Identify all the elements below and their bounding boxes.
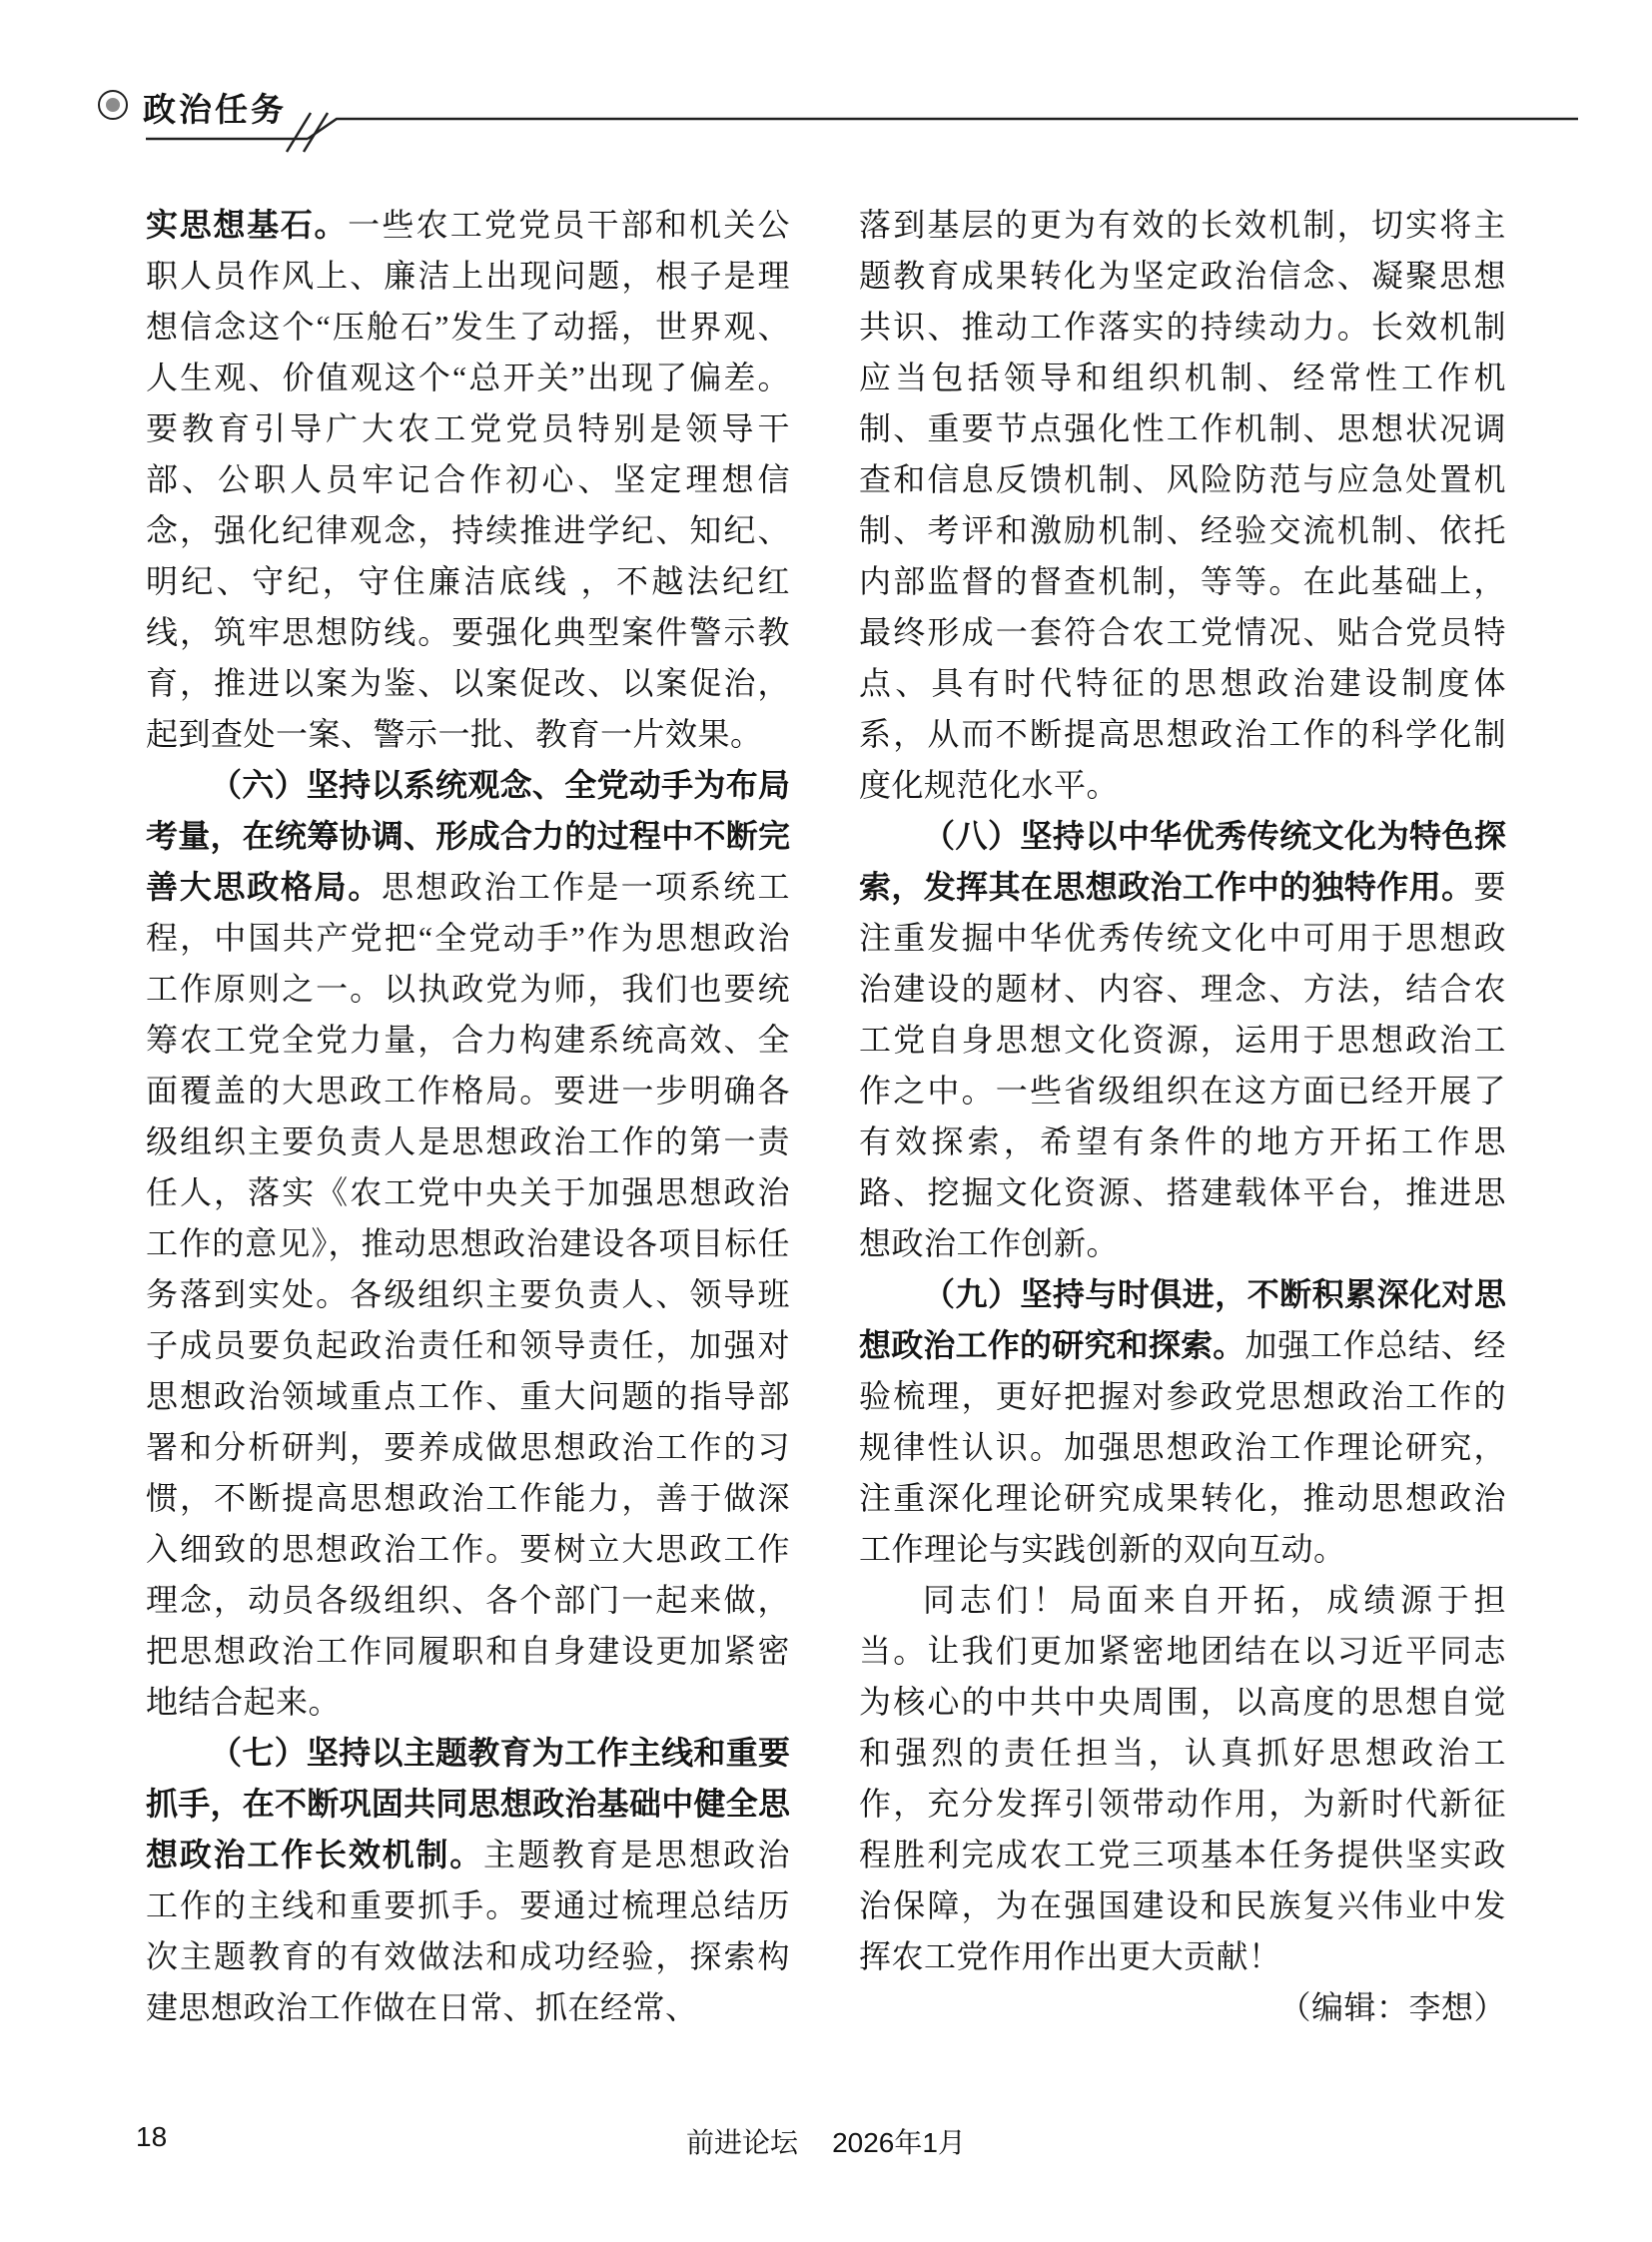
paragraph-text: （编辑：李想） <box>1278 1989 1506 2025</box>
paragraph: （九）坚持与时俱进，不断积累深化对思想政治工作的研究和探索。加强工作总结、经验梳… <box>859 1269 1506 1575</box>
paragraph-heading-text: （八）坚持以中华优秀传统文化为特色探索，发挥其在思想政治工作中的独特作用。 <box>859 818 1506 905</box>
paragraph-text: 同志们！局面来自开拓，成绩源于担当。让我们更加紧密地团结在以习近平同志为核心的中… <box>859 1582 1506 1974</box>
paragraph: （八）坚持以中华优秀传统文化为特色探索，发挥其在思想政治工作中的独特作用。要注重… <box>859 811 1506 1269</box>
paragraph: 实思想基石。一些农工党党员干部和机关公职人员作风上、廉洁上出现问题，根子是理想信… <box>146 200 790 760</box>
page-header: 政治任务 <box>0 0 1652 170</box>
paragraph: （编辑：李想） <box>859 1982 1506 2033</box>
paragraph-text: 加强工作总结、经验梳理，更好把握对参政党思想政治工作的规律性认识。加强思想政治工… <box>859 1327 1506 1567</box>
issue-date: 2026年1月 <box>832 2121 966 2161</box>
paragraph: （六）坚持以系统观念、全党动手为布局考量，在统筹协调、形成合力的过程中不断完善大… <box>146 760 790 1728</box>
footer-journal-line: 前进论坛 2026年1月 <box>0 2121 1652 2161</box>
paragraph: 同志们！局面来自开拓，成绩源于担当。让我们更加紧密地团结在以习近平同志为核心的中… <box>859 1575 1506 1982</box>
page-footer: 18 前进论坛 2026年1月 <box>0 2119 1652 2167</box>
paragraph-text: 要注重发掘中华优秀传统文化中可用于思想政治建设的题材、内容、理念、方法，结合农工… <box>859 869 1506 1261</box>
magazine-page: 政治任务 实思想基石。一些农工党党员干部和机关公职人员作风上、廉洁上出现问题，根… <box>0 0 1652 2242</box>
right-column: 落到基层的更为有效的长效机制，切实将主题教育成果转化为坚定政治信念、凝聚思想共识… <box>859 200 1506 2037</box>
paragraph-text: 落到基层的更为有效的长效机制，切实将主题教育成果转化为坚定政治信念、凝聚思想共识… <box>859 207 1506 803</box>
paragraph-heading-text: 实思想基石。 <box>146 207 348 243</box>
header-rule-lines <box>0 0 1652 170</box>
article-body: 实思想基石。一些农工党党员干部和机关公职人员作风上、廉洁上出现问题，根子是理想信… <box>146 200 1506 2037</box>
paragraph-text: 一些农工党党员干部和机关公职人员作风上、廉洁上出现问题，根子是理想信念这个“压舱… <box>146 207 790 752</box>
journal-name: 前进论坛 <box>686 2121 798 2161</box>
paragraph-text: 思想政治工作是一项系统工程，中国共产党把“全党动手”作为思想政治工作原则之一。以… <box>146 869 790 1720</box>
paragraph: 落到基层的更为有效的长效机制，切实将主题教育成果转化为坚定政治信念、凝聚思想共识… <box>859 200 1506 811</box>
left-column: 实思想基石。一些农工党党员干部和机关公职人员作风上、廉洁上出现问题，根子是理想信… <box>146 200 790 2037</box>
paragraph: （七）坚持以主题教育为工作主线和重要抓手，在不断巩固共同思想政治基础中健全思想政… <box>146 1728 790 2033</box>
